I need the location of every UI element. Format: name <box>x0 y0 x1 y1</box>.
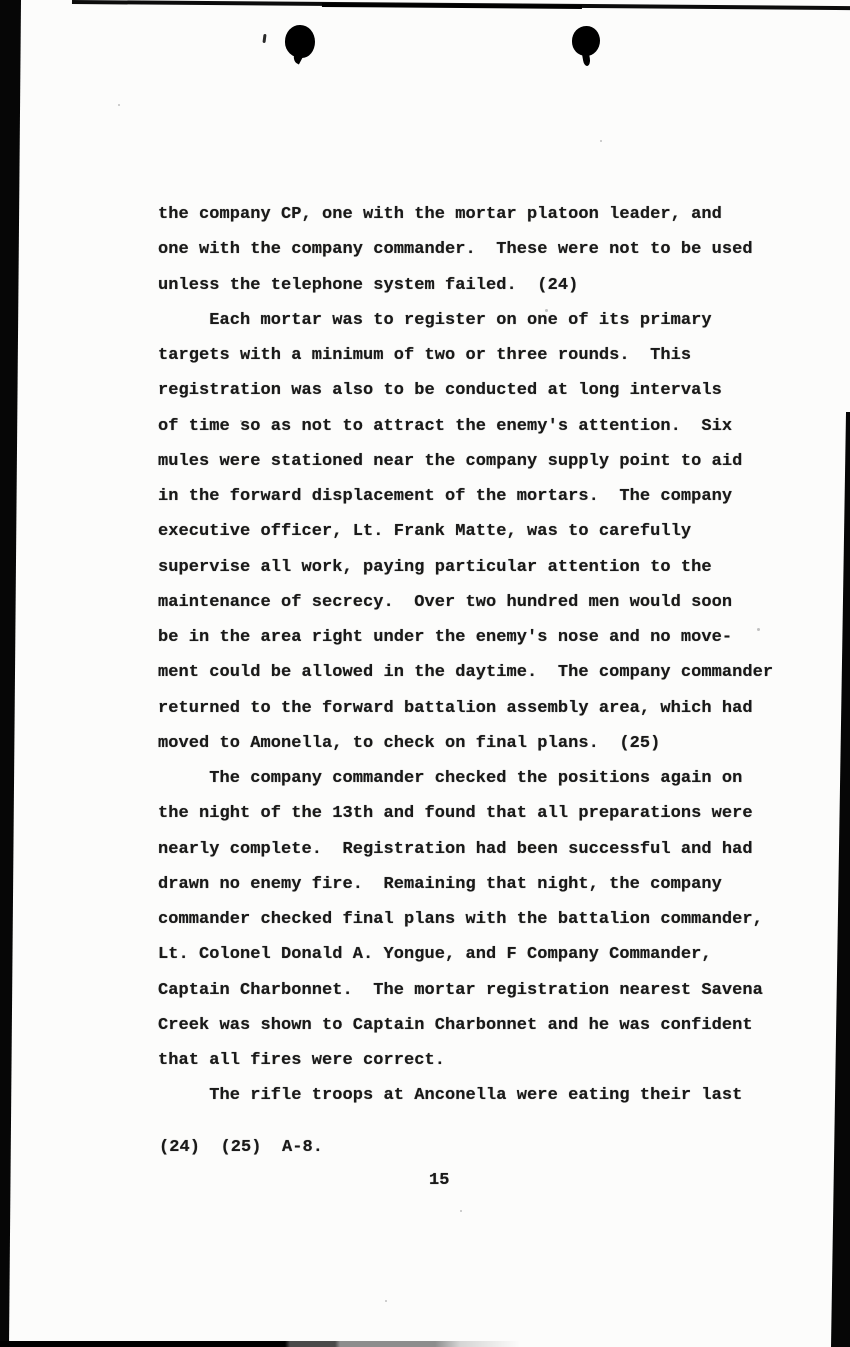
paper-speck <box>460 1210 462 1212</box>
left-scan-edge-strip <box>0 0 22 1347</box>
scanned-document-page: the company CP, one with the mortar plat… <box>0 0 850 1347</box>
paper-speck <box>118 104 120 106</box>
document-body-text: the company CP, one with the mortar plat… <box>158 197 773 1114</box>
right-scan-edge-strip <box>831 412 850 1347</box>
bottom-scan-edge-strip <box>0 1341 540 1347</box>
paper-speck <box>385 1300 387 1302</box>
paper-speck <box>240 420 242 422</box>
binder-dot-left <box>285 25 315 58</box>
footnote-citations: (24) (25) A-8. <box>159 1138 323 1158</box>
paper-speck <box>757 628 760 631</box>
ink-speck-mark <box>262 34 266 43</box>
page-number: 15 <box>429 1171 450 1191</box>
top-scan-edge-line <box>72 0 850 10</box>
binder-dot-right <box>572 26 600 56</box>
paper-speck <box>600 140 602 142</box>
paper-speck <box>545 309 548 312</box>
